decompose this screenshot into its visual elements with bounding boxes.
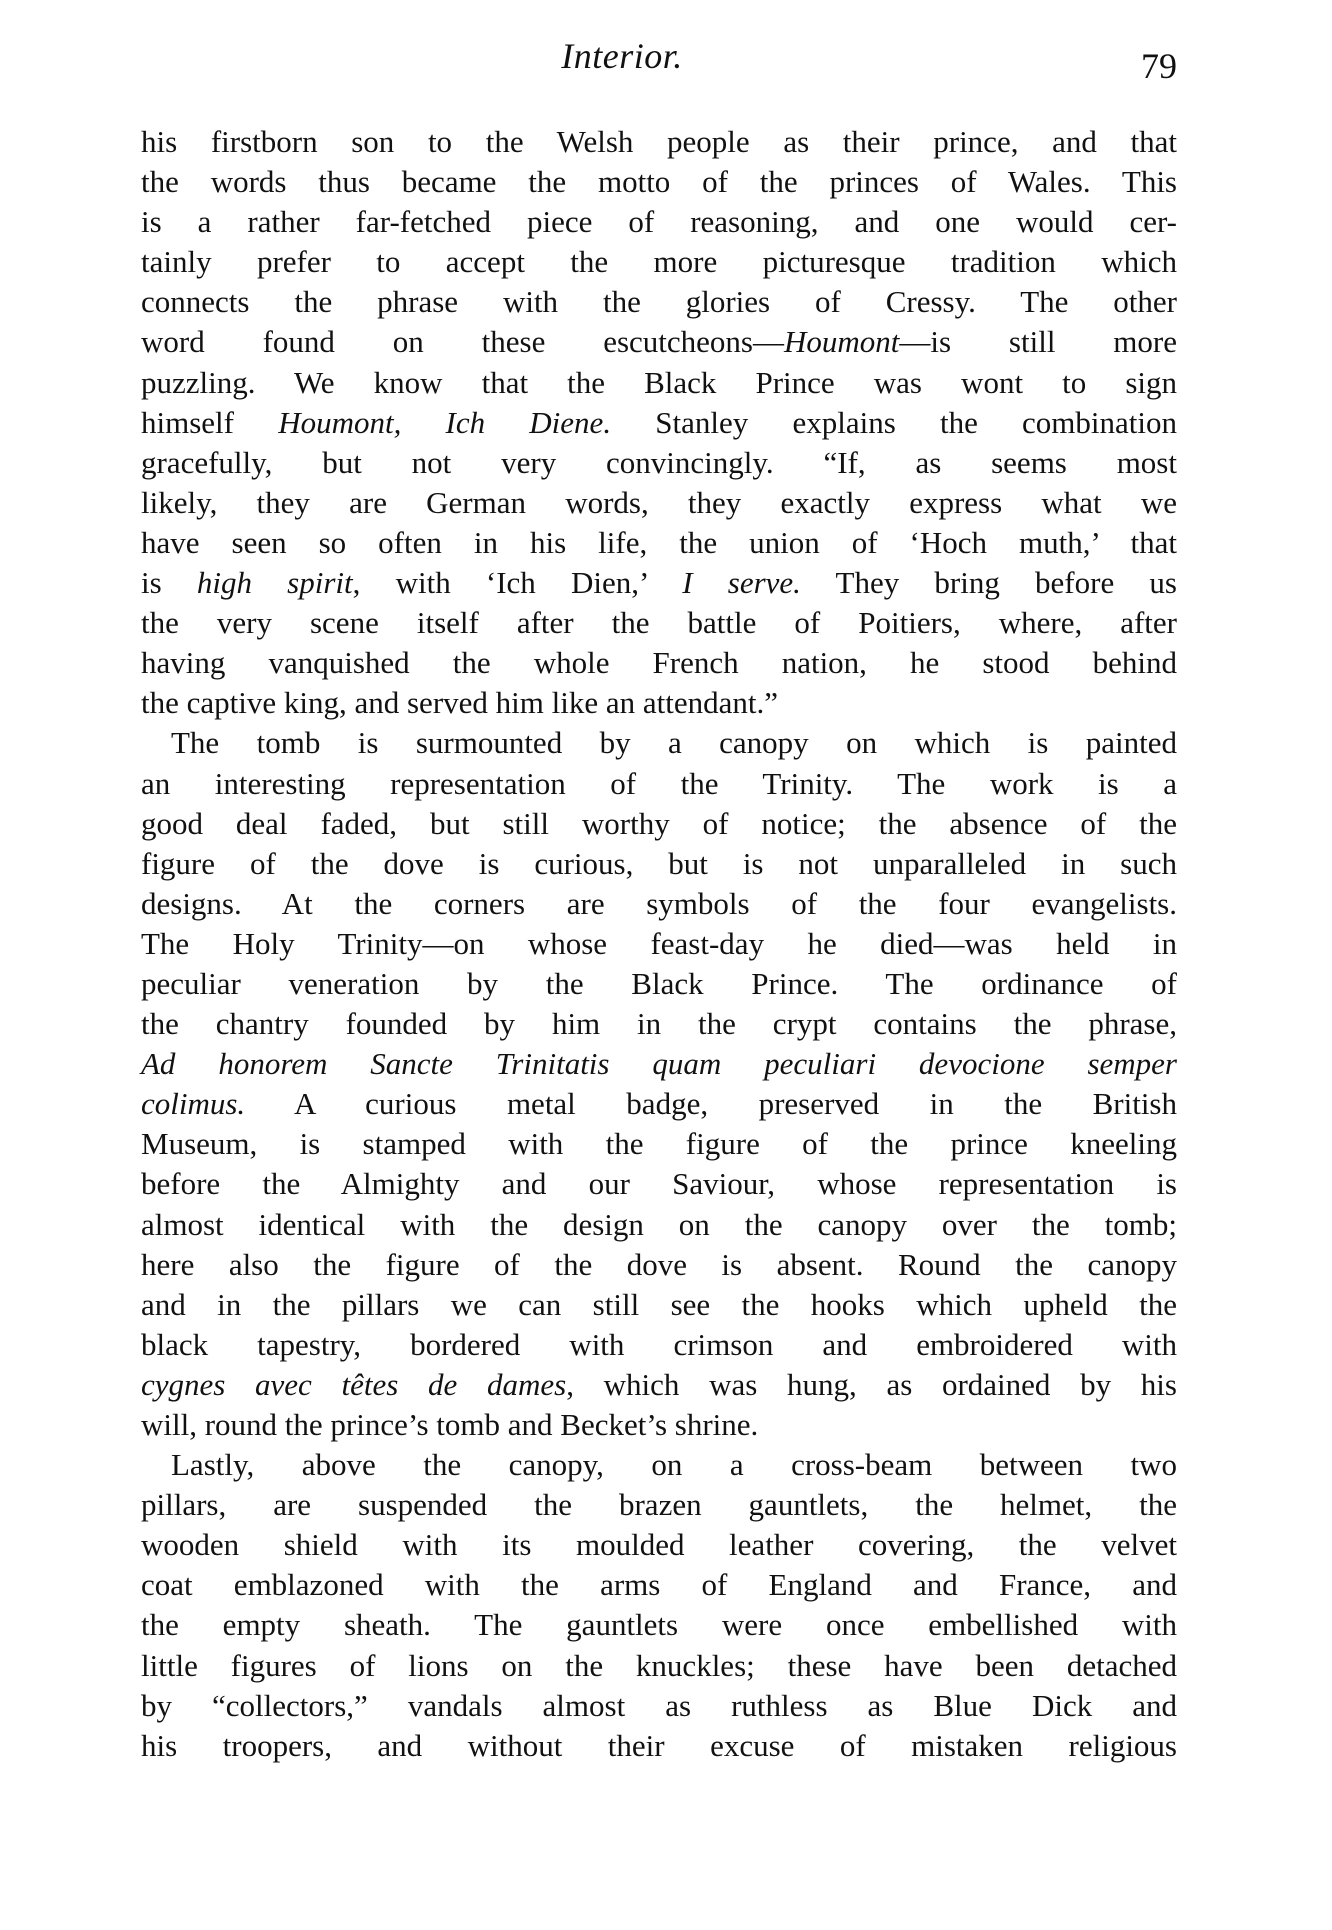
text-line: cygnes avec têtes de dames, which was hu… [141, 1365, 1177, 1405]
text-segment: have seen so often in his life, the unio… [141, 525, 1177, 560]
text-segment: his troopers, and without their excuse o… [141, 1728, 1177, 1763]
text-line: Museum, is stamped with the figure of th… [141, 1124, 1177, 1164]
text-segment: the empty sheath. The gauntlets were onc… [141, 1607, 1177, 1642]
text-segment: will, round the prince’s tomb and Becket… [141, 1407, 758, 1442]
text-line: and in the pillars we can still see the … [141, 1285, 1177, 1325]
book-page: Interior. 79 his firstborn son to the We… [0, 0, 1332, 1930]
text-line: the words thus became the motto of the p… [141, 162, 1177, 202]
text-segment: word found on these escutcheons— [141, 324, 784, 359]
text-segment: is [141, 565, 197, 600]
text-line: likely, they are German words, they exac… [141, 483, 1177, 523]
text-segment: and in the pillars we can still see the … [141, 1287, 1177, 1322]
text-line: is high spirit, with ‘Ich Dien,’ I serve… [141, 563, 1177, 603]
text-line: an interesting representation of the Tri… [141, 764, 1177, 804]
text-line: almost identical with the design on the … [141, 1205, 1177, 1245]
text-line: his troopers, and without their excuse o… [141, 1726, 1177, 1766]
text-line: before the Almighty and our Saviour, who… [141, 1164, 1177, 1204]
text-segment: connects the phrase with the glories of … [141, 284, 1177, 319]
text-segment: the words thus became the motto of the p… [141, 164, 1177, 199]
text-segment: figure of the dove is curious, but is no… [141, 846, 1177, 881]
text-line: little figures of lions on the knuckles;… [141, 1646, 1177, 1686]
text-segment: black tapestry, bordered with crimson an… [141, 1327, 1177, 1362]
text-line: have seen so often in his life, the unio… [141, 523, 1177, 563]
text-line: peculiar veneration by the Black Prince.… [141, 964, 1177, 1004]
text-line: designs. At the corners are symbols of t… [141, 884, 1177, 924]
text-segment: wooden shield with its moulded leather c… [141, 1527, 1177, 1562]
text-line: connects the phrase with the glories of … [141, 282, 1177, 322]
page-number: 79 [1141, 44, 1177, 88]
text-segment: They bring before us [801, 565, 1177, 600]
italic-text: Houmont [784, 324, 899, 359]
text-segment: good deal faded, but still worthy of not… [141, 806, 1177, 841]
text-segment: Museum, is stamped with the figure of th… [141, 1126, 1177, 1161]
italic-text: colimus. [141, 1086, 245, 1121]
text-segment: coat emblazoned with the arms of England… [141, 1567, 1177, 1602]
text-line: having vanquished the whole French natio… [141, 643, 1177, 683]
text-line: puzzling. We know that the Black Prince … [141, 363, 1177, 403]
text-line: tainly prefer to accept the more picture… [141, 242, 1177, 282]
text-line: the empty sheath. The gauntlets were onc… [141, 1605, 1177, 1645]
text-line: colimus. A curious metal badge, preserve… [141, 1084, 1177, 1124]
text-segment: Lastly, above the canopy, on a cross-bea… [171, 1447, 1177, 1482]
text-segment: himself [141, 405, 278, 440]
chapter-title: Interior. [141, 34, 1177, 78]
text-segment: designs. At the corners are symbols of t… [141, 886, 1177, 921]
text-segment: A curious metal badge, preserved in the … [245, 1086, 1177, 1121]
text-segment: likely, they are German words, they exac… [141, 485, 1177, 520]
text-segment: little figures of lions on the knuckles;… [141, 1648, 1177, 1683]
text-segment: puzzling. We know that the Black Prince … [141, 365, 1177, 400]
text-segment: is a rather far-fetched piece of reasoni… [141, 204, 1177, 239]
text-line: the very scene itself after the battle o… [141, 603, 1177, 643]
text-segment: The tomb is surmounted by a canopy on wh… [171, 725, 1177, 760]
running-head: Interior. 79 [141, 34, 1177, 84]
text-line: the chantry founded by him in the crypt … [141, 1004, 1177, 1044]
text-line: is a rather far-fetched piece of reasoni… [141, 202, 1177, 242]
italic-text: cygnes avec têtes de dames [141, 1367, 566, 1402]
text-line: Ad honorem Sancte Trinitatis quam peculi… [141, 1044, 1177, 1084]
text-segment: the very scene itself after the battle o… [141, 605, 1177, 640]
text-segment: by “collectors,” vandals almost as ruthl… [141, 1688, 1177, 1723]
text-line: coat emblazoned with the arms of England… [141, 1565, 1177, 1605]
text-segment: peculiar veneration by the Black Prince.… [141, 966, 1177, 1001]
text-segment: , with ‘Ich Dien,’ [353, 565, 683, 600]
text-line: word found on these escutcheons—Houmont—… [141, 322, 1177, 362]
italic-text: Houmont, Ich Diene. [278, 405, 611, 440]
text-line: The Holy Trinity—on whose feast-day he d… [141, 924, 1177, 964]
body-text: his firstborn son to the Welsh people as… [141, 122, 1177, 1766]
text-line: will, round the prince’s tomb and Becket… [141, 1405, 1177, 1445]
text-line: gracefully, but not very convincingly. “… [141, 443, 1177, 483]
text-segment: gracefully, but not very convincingly. “… [141, 445, 1177, 480]
text-line: wooden shield with its moulded leather c… [141, 1525, 1177, 1565]
text-line: himself Houmont, Ich Diene. Stanley expl… [141, 403, 1177, 443]
text-line: black tapestry, bordered with crimson an… [141, 1325, 1177, 1365]
text-segment: pillars, are suspended the brazen gauntl… [141, 1487, 1177, 1522]
text-segment: Stanley explains the combination [611, 405, 1177, 440]
text-segment: before the Almighty and our Saviour, who… [141, 1166, 1177, 1201]
text-segment: —is still more [899, 324, 1177, 359]
italic-text: I serve. [682, 565, 801, 600]
text-line: by “collectors,” vandals almost as ruthl… [141, 1686, 1177, 1726]
text-segment: an interesting representation of the Tri… [141, 766, 1177, 801]
text-segment: almost identical with the design on the … [141, 1207, 1177, 1242]
text-line: the captive king, and served him like an… [141, 683, 1177, 723]
text-line: figure of the dove is curious, but is no… [141, 844, 1177, 884]
text-line: Lastly, above the canopy, on a cross-bea… [141, 1445, 1177, 1485]
text-segment: the captive king, and served him like an… [141, 685, 778, 720]
text-segment: having vanquished the whole French natio… [141, 645, 1177, 680]
text-segment: the chantry founded by him in the crypt … [141, 1006, 1177, 1041]
text-segment: tainly prefer to accept the more picture… [141, 244, 1177, 279]
text-segment: The Holy Trinity—on whose feast-day he d… [141, 926, 1177, 961]
text-segment: , which was hung, as ordained by his [566, 1367, 1177, 1402]
text-segment: his firstborn son to the Welsh people as… [141, 124, 1177, 159]
italic-text: Ad honorem Sancte Trinitatis quam peculi… [141, 1046, 1177, 1081]
text-segment: here also the figure of the dove is abse… [141, 1247, 1177, 1282]
text-line: his firstborn son to the Welsh people as… [141, 122, 1177, 162]
text-line: pillars, are suspended the brazen gauntl… [141, 1485, 1177, 1525]
text-line: good deal faded, but still worthy of not… [141, 804, 1177, 844]
text-line: here also the figure of the dove is abse… [141, 1245, 1177, 1285]
text-line: The tomb is surmounted by a canopy on wh… [141, 723, 1177, 763]
italic-text: high spirit [197, 565, 353, 600]
